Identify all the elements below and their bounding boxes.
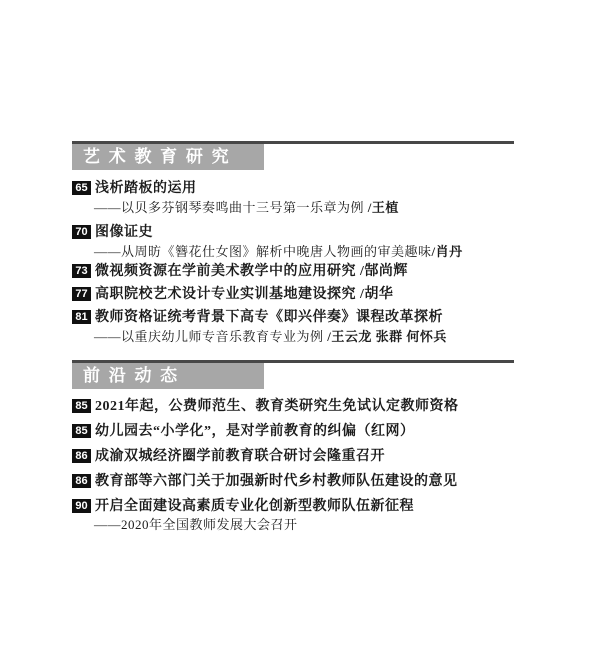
page-number-badge: 86: [72, 449, 91, 463]
entry-title: 高职院校艺术设计专业实训基地建设探究: [95, 287, 360, 302]
entry-subtitle-authors: /肖丹: [432, 244, 463, 259]
entry-title: 成渝双城经济圈学前教育联合研讨会隆重召开: [95, 449, 385, 464]
section-banner-frontier-news: 前 沿 动 态: [72, 363, 264, 389]
toc-entry-subtitle: ——以重庆幼儿师专音乐教育专业为例 /王云龙 张群 何怀兵: [94, 329, 447, 344]
toc-entry-subtitle: ——从周昉《簪花仕女图》解析中晚唐人物画的审美趣味/肖丹: [94, 244, 463, 259]
entry-title: 浅析踏板的运用: [95, 181, 197, 196]
page-number-badge: 65: [72, 181, 91, 195]
entry-title: 图像证史: [95, 225, 153, 240]
entry-authors: /郜尚辉: [360, 264, 408, 279]
entry-title: 微视频资源在学前美术教学中的应用研究: [95, 264, 360, 279]
entry-subtitle-authors: /王植: [368, 200, 399, 215]
toc-entry: 81教师资格证统考背景下高专《即兴伴奏》课程改革探析: [72, 310, 443, 325]
entry-subtitle-authors: /王云龙 张群 何怀兵: [327, 329, 447, 344]
page-number-badge: 85: [72, 424, 91, 438]
section-banner-art-education-research: 艺 术 教 育 研 究: [72, 144, 264, 170]
entry-title: 幼儿园去“小学化”，是对学前教育的纠偏（红网）: [95, 424, 415, 439]
toc-entry: 70图像证史: [72, 225, 153, 240]
toc-entry: 77高职院校艺术设计专业实训基地建设探究 /胡华: [72, 287, 393, 302]
page-number-badge: 81: [72, 310, 91, 324]
page-number-badge: 86: [72, 474, 91, 488]
page-number-badge: 70: [72, 225, 91, 239]
toc-entry: 852021年起，公费师范生、教育类研究生免试认定教师资格: [72, 399, 459, 414]
toc-entry-subtitle: ——以贝多芬钢琴奏鸣曲十三号第一乐章为例 /王植: [94, 200, 399, 215]
entry-title: 开启全面建设高素质专业化创新型教师队伍新征程: [95, 499, 414, 514]
section-title: 前 沿 动 态: [83, 366, 179, 385]
toc-entry: 65浅析踏板的运用: [72, 181, 197, 196]
toc-entry: 86教育部等六部门关于加强新时代乡村教师队伍建设的意见: [72, 474, 458, 489]
entry-title: 教师资格证统考背景下高专《即兴伴奏》课程改革探析: [95, 310, 443, 325]
toc-entry-subtitle: ——2020年全国教师发展大会召开: [94, 517, 298, 532]
page-number-badge: 85: [72, 399, 91, 413]
entry-title: 教育部等六部门关于加强新时代乡村教师队伍建设的意见: [95, 474, 458, 489]
toc-entry: 86成渝双城经济圈学前教育联合研讨会隆重召开: [72, 449, 385, 464]
entry-subtitle: ——2020年全国教师发展大会召开: [94, 517, 298, 532]
page-number-badge: 73: [72, 264, 91, 278]
page-number-badge: 90: [72, 499, 91, 513]
toc-page: 艺 术 教 育 研 究 65浅析踏板的运用 ——以贝多芬钢琴奏鸣曲十三号第一乐章…: [0, 0, 596, 668]
entry-title: 2021年起，公费师范生、教育类研究生免试认定教师资格: [95, 399, 459, 414]
page-number-badge: 77: [72, 287, 91, 301]
entry-subtitle: ——以贝多芬钢琴奏鸣曲十三号第一乐章为例: [94, 200, 368, 215]
section-title: 艺 术 教 育 研 究: [83, 147, 231, 166]
entry-subtitle: ——以重庆幼儿师专音乐教育专业为例: [94, 329, 327, 344]
entry-subtitle: ——从周昉《簪花仕女图》解析中晚唐人物画的审美趣味: [94, 244, 432, 259]
toc-entry: 85幼儿园去“小学化”，是对学前教育的纠偏（红网）: [72, 424, 415, 439]
toc-entry: 73微视频资源在学前美术教学中的应用研究 /郜尚辉: [72, 264, 408, 279]
toc-entry: 90开启全面建设高素质专业化创新型教师队伍新征程: [72, 499, 414, 514]
entry-authors: /胡华: [360, 287, 393, 302]
